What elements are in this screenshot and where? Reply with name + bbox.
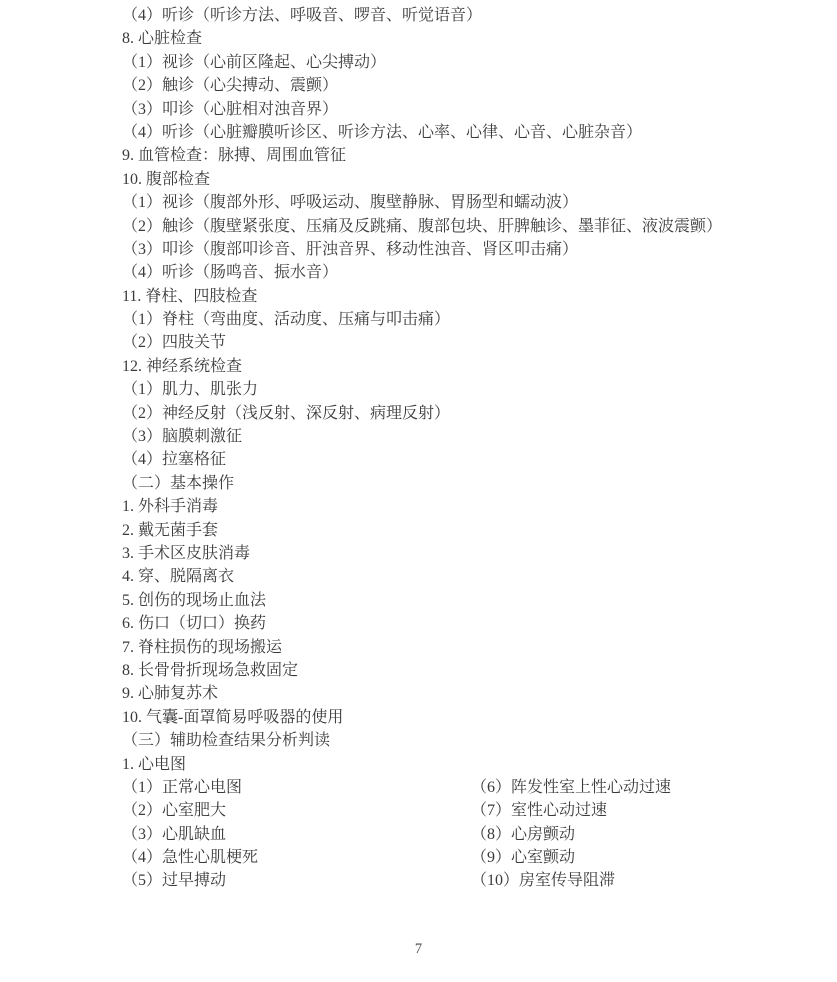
document-body: （4）听诊（听诊方法、呼吸音、啰音、听觉语音） 8. 心脏检查 （1）视诊（心前… bbox=[122, 4, 722, 893]
text-line: （三）辅助检查结果分析判读 bbox=[122, 729, 722, 752]
page-number: 7 bbox=[0, 940, 837, 958]
ecg-right-item: （8）心房颤动 bbox=[471, 823, 575, 846]
text-line: 1. 外科手消毒 bbox=[122, 495, 722, 518]
text-line: （4）听诊（心脏瓣膜听诊区、听诊方法、心率、心律、心音、心脏杂音） bbox=[122, 121, 722, 144]
text-line: （1）视诊（心前区隆起、心尖搏动） bbox=[122, 51, 722, 74]
text-line: （1）视诊（腹部外形、呼吸运动、腹壁静脉、胃肠型和蠕动波） bbox=[122, 191, 722, 214]
ecg-left-item: （2）心室肥大 bbox=[122, 799, 467, 822]
text-line: 7. 脊柱损伤的现场搬运 bbox=[122, 636, 722, 659]
ecg-row: （3）心肌缺血 （8）心房颤动 bbox=[122, 823, 722, 846]
text-line: （1）肌力、肌张力 bbox=[122, 378, 722, 401]
text-line: 4. 穿、脱隔离衣 bbox=[122, 565, 722, 588]
text-line: 9. 心肺复苏术 bbox=[122, 682, 722, 705]
ecg-right-item: （7）室性心动过速 bbox=[471, 799, 607, 822]
text-line: 1. 心电图 bbox=[122, 753, 722, 776]
text-line: （2）四肢关节 bbox=[122, 331, 722, 354]
text-line: （3）脑膜刺激征 bbox=[122, 425, 722, 448]
ecg-right-item: （6）阵发性室上性心动过速 bbox=[471, 776, 671, 799]
text-line: （2）触诊（腹壁紧张度、压痛及反跳痛、腹部包块、肝脾触诊、墨菲征、液波震颤） bbox=[122, 215, 722, 238]
ecg-row: （4）急性心肌梗死 （9）心室颤动 bbox=[122, 846, 722, 869]
ecg-row: （1）正常心电图 （6）阵发性室上性心动过速 bbox=[122, 776, 722, 799]
text-line: （二）基本操作 bbox=[122, 472, 722, 495]
ecg-right-item: （10）房室传导阻滞 bbox=[471, 869, 615, 892]
text-line: （2）触诊（心尖搏动、震颤） bbox=[122, 74, 722, 97]
text-line: 10. 腹部检查 bbox=[122, 168, 722, 191]
ecg-right-item: （9）心室颤动 bbox=[471, 846, 575, 869]
text-line: 11. 脊柱、四肢检查 bbox=[122, 285, 722, 308]
text-line: 2. 戴无菌手套 bbox=[122, 519, 722, 542]
text-line: 6. 伤口（切口）换药 bbox=[122, 612, 722, 635]
text-line: （4）拉塞格征 bbox=[122, 448, 722, 471]
text-line: （3）叩诊（腹部叩诊音、肝浊音界、移动性浊音、肾区叩击痛） bbox=[122, 238, 722, 261]
ecg-left-item: （3）心肌缺血 bbox=[122, 823, 467, 846]
text-line: 8. 长骨骨折现场急救固定 bbox=[122, 659, 722, 682]
document-page: （4）听诊（听诊方法、呼吸音、啰音、听觉语音） 8. 心脏检查 （1）视诊（心前… bbox=[0, 0, 837, 982]
text-line: （3）叩诊（心脏相对浊音界） bbox=[122, 98, 722, 121]
text-line: 8. 心脏检查 bbox=[122, 27, 722, 50]
text-line: （2）神经反射（浅反射、深反射、病理反射） bbox=[122, 402, 722, 425]
text-line: 3. 手术区皮肤消毒 bbox=[122, 542, 722, 565]
ecg-left-item: （1）正常心电图 bbox=[122, 776, 467, 799]
text-line: （4）听诊（听诊方法、呼吸音、啰音、听觉语音） bbox=[122, 4, 722, 27]
text-line: （4）听诊（肠鸣音、振水音） bbox=[122, 261, 722, 284]
ecg-left-item: （5）过早搏动 bbox=[122, 869, 467, 892]
ecg-row: （5）过早搏动 （10）房室传导阻滞 bbox=[122, 869, 722, 892]
text-line: 10. 气囊-面罩简易呼吸器的使用 bbox=[122, 706, 722, 729]
ecg-left-item: （4）急性心肌梗死 bbox=[122, 846, 467, 869]
text-line: 12. 神经系统检查 bbox=[122, 355, 722, 378]
text-line: 5. 创伤的现场止血法 bbox=[122, 589, 722, 612]
text-line: （1）脊柱（弯曲度、活动度、压痛与叩击痛） bbox=[122, 308, 722, 331]
ecg-row: （2）心室肥大 （7）室性心动过速 bbox=[122, 799, 722, 822]
text-line: 9. 血管检查：脉搏、周围血管征 bbox=[122, 144, 722, 167]
